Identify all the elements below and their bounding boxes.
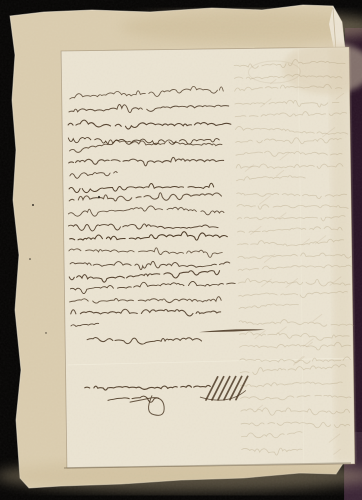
grain-overlay xyxy=(0,0,362,500)
manuscript-scene xyxy=(0,0,362,500)
manuscript-photo xyxy=(0,0,362,500)
